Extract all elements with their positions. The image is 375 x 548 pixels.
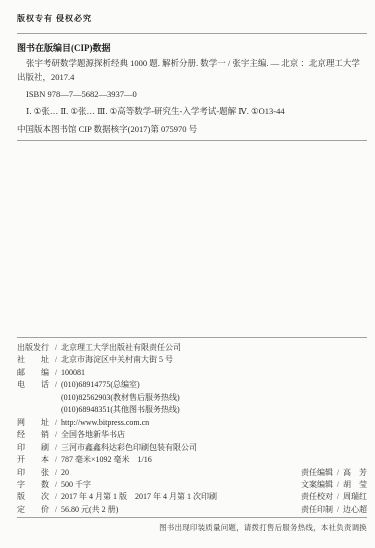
pub-label: 经 销 bbox=[17, 429, 51, 441]
pub-row-address: 社 址 / 北京市海淀区中关村南大街 5 号 bbox=[0, 354, 375, 366]
credit-name: 周瑞红 bbox=[343, 492, 367, 501]
credit-label: 责任编辑 bbox=[301, 468, 333, 477]
price-value: 56.80 元(共 2 册) bbox=[61, 504, 301, 516]
pub-label: 网 址 bbox=[17, 417, 51, 429]
credit-name: 边心超 bbox=[343, 505, 367, 514]
pub-row-distribution: 经 销 / 全国各地新华书店 bbox=[0, 429, 375, 441]
pub-separator: / bbox=[51, 479, 61, 491]
pub-label: 字 数 bbox=[17, 479, 51, 491]
pub-row-format: 开 本 / 787 毫米×1092 毫米 1/16 bbox=[0, 454, 375, 466]
pub-value: 北京理工大学出版社有限责任公司 bbox=[61, 342, 367, 354]
pub-separator: / bbox=[51, 379, 61, 391]
blank-space bbox=[0, 141, 375, 337]
pub-separator: / bbox=[51, 367, 61, 379]
credit-separator: / bbox=[333, 467, 343, 479]
credit-executive-editor: 责任编辑/高 芳 bbox=[301, 467, 367, 479]
cip-heading: 图书在版编目(CIP)数据 bbox=[17, 41, 365, 54]
divider-pub-bottom bbox=[17, 517, 367, 518]
divider-top bbox=[17, 33, 367, 34]
credit-copy-editor: 文案编辑/胡 莹 bbox=[301, 479, 367, 491]
pub-value: 全国各地新华书店 bbox=[61, 429, 367, 441]
pub-row-website: 网 址 / http://www.bitpress.com.cn bbox=[0, 417, 375, 429]
pub-value: 787 毫米×1092 毫米 1/16 bbox=[61, 454, 367, 466]
pub-row-edition: 版 次 / 2017 年 4 月第 1 版 2017 年 4 月第 1 次印刷 … bbox=[0, 491, 375, 503]
pub-row-printer: 印 刷 / 三河市鑫鑫科达彩色印刷包装有限公司 bbox=[0, 442, 375, 454]
credit-separator: / bbox=[333, 504, 343, 516]
pub-separator: / bbox=[51, 467, 61, 479]
cip-record-number: 中国版本图书馆 CIP 数据核字(2017)第 075970 号 bbox=[17, 123, 365, 135]
pub-label: 邮 编 bbox=[17, 367, 51, 379]
pub-row-phone-2: (010)82562903(教材售后服务热线) bbox=[0, 392, 375, 404]
pub-row-publisher: 出版发行 / 北京理工大学出版社有限责任公司 bbox=[0, 342, 375, 354]
pub-value: (010)68948351(其他图书服务热线) bbox=[61, 404, 367, 416]
pub-label: 电 话 bbox=[17, 379, 51, 391]
credit-proofreader: 责任校对/周瑞红 bbox=[301, 491, 367, 503]
pub-value: 500 千字 bbox=[61, 479, 301, 491]
publication-info: 出版发行 / 北京理工大学出版社有限责任公司 社 址 / 北京市海淀区中关村南大… bbox=[0, 338, 375, 516]
pub-separator: / bbox=[51, 354, 61, 366]
pub-value: (010)68914775(总编室) bbox=[61, 379, 367, 391]
pub-label: 出版发行 bbox=[17, 342, 51, 354]
credit-label: 责任印制 bbox=[301, 505, 333, 514]
credit-name: 高 芳 bbox=[343, 468, 367, 477]
pub-row-phone-1: 电 话 / (010)68914775(总编室) bbox=[0, 379, 375, 391]
pub-label: 版 次 bbox=[17, 491, 51, 503]
website-url: http://www.bitpress.com.cn bbox=[61, 417, 367, 429]
cip-description: 张宇考研数学题源探析经典 1000 题. 解析分册. 数学一 / 张宇主编. —… bbox=[17, 57, 365, 84]
credit-separator: / bbox=[333, 491, 343, 503]
cip-block: 图书在版编目(CIP)数据 张宇考研数学题源探析经典 1000 题. 解析分册.… bbox=[0, 41, 375, 135]
pub-value: 三河市鑫鑫科达彩色印刷包装有限公司 bbox=[61, 442, 367, 454]
pub-value: (010)82562903(教材售后服务热线) bbox=[61, 392, 367, 404]
pub-row-phone-3: (010)68948351(其他图书服务热线) bbox=[0, 404, 375, 416]
pub-label: 印 张 bbox=[17, 467, 51, 479]
credit-print-supervisor: 责任印制/边心超 bbox=[301, 504, 367, 516]
copyright-page: 版权专有 侵权必究 图书在版编目(CIP)数据 张宇考研数学题源探析经典 100… bbox=[0, 0, 375, 548]
pub-label: 开 本 bbox=[17, 454, 51, 466]
pub-value: 2017 年 4 月第 1 版 2017 年 4 月第 1 次印刷 bbox=[61, 491, 301, 503]
credit-label: 文案编辑 bbox=[301, 480, 333, 489]
pub-value: 20 bbox=[61, 467, 301, 479]
cip-classification: Ⅰ. ①张… Ⅱ. ①张… Ⅲ. ①高等数学-研究生-入学考试-题解 Ⅳ. ①O… bbox=[17, 105, 365, 117]
pub-label: 社 址 bbox=[17, 354, 51, 366]
credit-name: 胡 莹 bbox=[343, 480, 367, 489]
pub-separator: / bbox=[51, 442, 61, 454]
pub-separator: / bbox=[51, 342, 61, 354]
pub-row-sheets: 印 张 / 20 责任编辑/高 芳 bbox=[0, 467, 375, 479]
isbn-line: ISBN 978—7—5682—3937—0 bbox=[17, 89, 365, 99]
pub-separator: / bbox=[51, 429, 61, 441]
pub-row-postcode: 邮 编 / 100081 bbox=[0, 367, 375, 379]
pub-value: 100081 bbox=[61, 367, 367, 379]
pub-row-wordcount: 字 数 / 500 千字 文案编辑/胡 莹 bbox=[0, 479, 375, 491]
pub-label: 印 刷 bbox=[17, 442, 51, 454]
pub-value: 北京市海淀区中关村南大街 5 号 bbox=[61, 354, 367, 366]
credit-label: 责任校对 bbox=[301, 492, 333, 501]
copyright-notice: 版权专有 侵权必究 bbox=[17, 13, 375, 24]
pub-separator: / bbox=[51, 417, 61, 429]
pub-label: 定 价 bbox=[17, 504, 51, 516]
pub-separator: / bbox=[51, 454, 61, 466]
credit-separator: / bbox=[333, 479, 343, 491]
pub-separator: / bbox=[51, 491, 61, 503]
footer-note: 图书出现印装质量问题，请拨打售后服务热线，本社负责调换 bbox=[0, 522, 367, 533]
pub-row-price: 定 价 / 56.80 元(共 2 册) 责任印制/边心超 bbox=[0, 504, 375, 516]
pub-separator: / bbox=[51, 504, 61, 516]
